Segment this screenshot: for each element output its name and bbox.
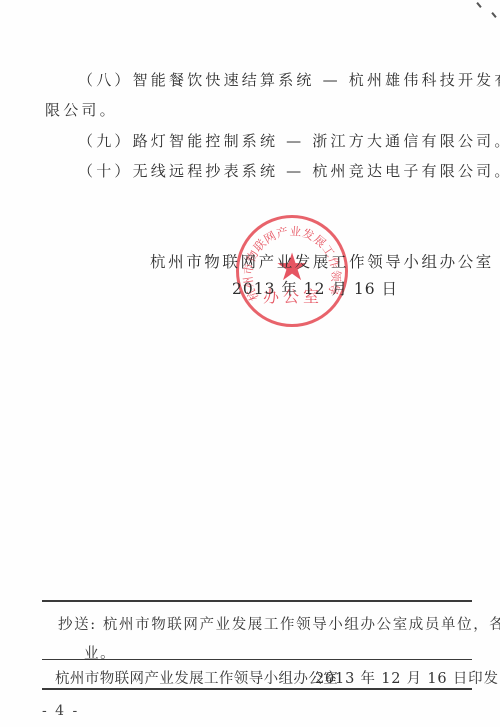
cc-line: 抄送: 杭州市物联网产业发展工作领导小组办公室成员单位，各有关企 <box>58 613 500 634</box>
divider-top <box>42 600 472 602</box>
signature-date: 2013 年 12 月 16 日 <box>232 280 398 298</box>
page-number: - 4 - <box>42 703 79 719</box>
list-item-8: （八）智能餐饮快速结算系统 — 杭州雄伟科技开发有 <box>78 71 500 89</box>
document-page: （八）智能餐饮快速结算系统 — 杭州雄伟科技开发有 限公司。 （九）路灯智能控制… <box>0 0 500 727</box>
footer-issuer: 杭州市物联网产业发展工作领导小组办公室 <box>55 667 338 688</box>
list-item-10: （十）无线远程抄表系统 — 杭州竞达电子有限公司。 <box>78 162 500 180</box>
divider-bottom <box>42 688 472 690</box>
footer-printed-date: 2013 年 12 月 16 日印发 <box>315 667 499 688</box>
signature-issuer: 杭州市物联网产业发展工作领导小组办公室 <box>150 253 494 271</box>
list-item-8-continuation: 限公司。 <box>45 101 118 119</box>
divider-middle <box>42 659 472 660</box>
list-item-9: （九）路灯智能控制系统 — 浙江方大通信有限公司。 <box>78 132 500 150</box>
official-seal: 杭州市物联网产业发展工作领导小组 ★ 办公室 <box>236 215 348 327</box>
page-corner-shadow <box>420 0 500 80</box>
